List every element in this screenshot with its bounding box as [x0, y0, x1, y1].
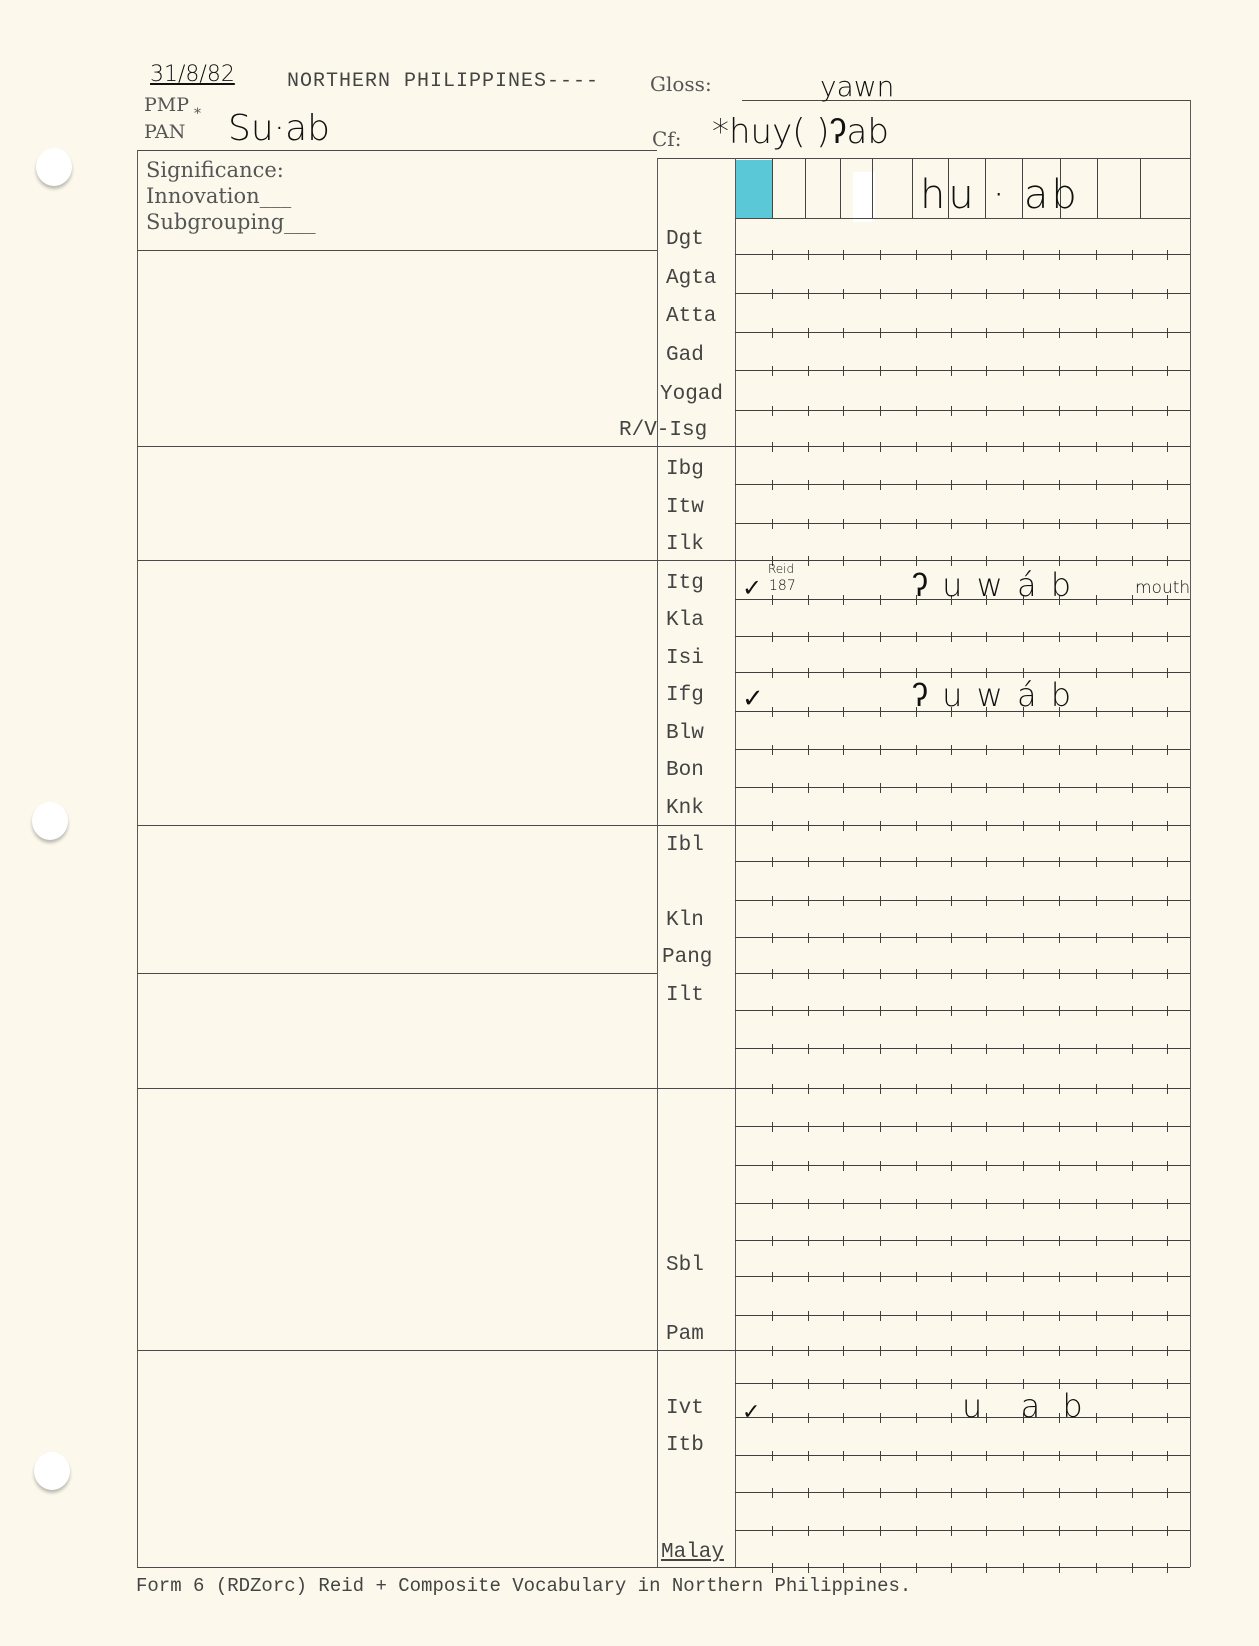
- itg-source-bottom: 187: [769, 578, 796, 594]
- ruled-line: [735, 1126, 1190, 1127]
- ruled-tick: [1023, 783, 1024, 793]
- ruled-tick: [1167, 1161, 1168, 1171]
- ruled-tick: [1059, 1006, 1060, 1016]
- ruled-tick: [1132, 556, 1133, 566]
- ruled-tick: [916, 969, 917, 979]
- ruled-tick: [772, 406, 773, 416]
- ruled-line: [735, 446, 1190, 447]
- ruled-tick: [951, 1122, 952, 1132]
- ruled-tick: [772, 1563, 773, 1573]
- ruled-tick: [843, 1199, 844, 1209]
- lang-column-left: [657, 158, 658, 1567]
- ruled-tick: [772, 1236, 773, 1246]
- ruled-line: [735, 370, 1190, 371]
- ruled-tick: [1059, 1084, 1060, 1094]
- ruled-tick: [916, 896, 917, 906]
- ruled-line: [735, 825, 1190, 826]
- section-divider: [137, 1350, 735, 1351]
- ruled-tick: [1132, 783, 1133, 793]
- ruled-tick: [951, 969, 952, 979]
- ruled-tick: [951, 896, 952, 906]
- ruled-tick: [1132, 1122, 1133, 1132]
- ruled-tick: [1167, 1488, 1168, 1498]
- ruled-tick: [772, 1488, 773, 1498]
- ruled-tick: [1096, 480, 1097, 490]
- ruled-tick: [808, 1563, 809, 1573]
- ruled-tick: [1023, 969, 1024, 979]
- ruled-tick: [1059, 1161, 1060, 1171]
- lang-ilt: Ilt: [666, 984, 704, 1007]
- ruled-tick: [843, 1379, 844, 1389]
- lang-ibl: Ibl: [666, 834, 704, 857]
- ruled-tick: [772, 1044, 773, 1054]
- lang-kln: Kln: [666, 909, 704, 932]
- ruled-tick: [843, 969, 844, 979]
- lang-ilk: Ilk: [666, 533, 704, 556]
- ruled-tick: [986, 783, 987, 793]
- ruled-line: [735, 749, 1190, 750]
- ruled-line: [735, 1567, 1190, 1568]
- gloss-value[interactable]: yawn: [820, 70, 894, 103]
- frame-left: [137, 150, 138, 1567]
- lang-yogad: Yogad: [660, 383, 723, 406]
- ruled-tick: [986, 289, 987, 299]
- ruled-tick: [1059, 480, 1060, 490]
- ruled-tick: [1167, 707, 1168, 717]
- ruled-tick: [916, 1526, 917, 1536]
- ruled-tick: [1023, 328, 1024, 338]
- ruled-tick: [1096, 556, 1097, 566]
- ruled-tick: [1059, 1272, 1060, 1282]
- ruled-tick: [986, 442, 987, 452]
- ruled-tick: [808, 1044, 809, 1054]
- ruled-tick: [986, 1346, 987, 1356]
- ruled-tick: [916, 1084, 917, 1094]
- ruled-tick: [1132, 933, 1133, 943]
- ruled-tick: [1132, 595, 1133, 605]
- ruled-tick: [1167, 1199, 1168, 1209]
- ruled-tick: [916, 519, 917, 529]
- ruled-tick: [1059, 896, 1060, 906]
- ruled-tick: [880, 1526, 881, 1536]
- lang-isi: Isi: [666, 647, 704, 670]
- ruled-tick: [1023, 896, 1024, 906]
- ruled-tick: [1096, 745, 1097, 755]
- ruled-tick: [772, 1311, 773, 1321]
- ruled-tick: [951, 632, 952, 642]
- lang-knk: Knk: [666, 797, 704, 820]
- ruled-tick: [1096, 1044, 1097, 1054]
- star-marker: *: [194, 106, 201, 122]
- ruled-tick: [1023, 1084, 1024, 1094]
- ruled-line: [735, 484, 1190, 485]
- ruled-tick: [843, 821, 844, 831]
- ruled-line: [735, 1315, 1190, 1316]
- ruled-tick: [880, 1199, 881, 1209]
- ruled-line: [735, 1383, 1190, 1384]
- ruled-tick: [808, 289, 809, 299]
- ruled-tick: [880, 250, 881, 260]
- ruled-tick: [772, 595, 773, 605]
- ruled-tick: [951, 1413, 952, 1423]
- ruled-tick: [808, 745, 809, 755]
- ruled-tick: [843, 556, 844, 566]
- ruled-tick: [880, 745, 881, 755]
- ruled-tick: [880, 1044, 881, 1054]
- binder-hole-bottom: [34, 1452, 70, 1490]
- ruled-tick: [772, 1526, 773, 1536]
- ruled-line: [735, 1088, 1190, 1089]
- ivt-check-icon: ✓: [742, 1400, 760, 1425]
- ruled-tick: [951, 250, 952, 260]
- ruled-tick: [1132, 250, 1133, 260]
- ruled-tick: [1096, 1526, 1097, 1536]
- ruled-tick: [843, 1084, 844, 1094]
- ifg-entry[interactable]: ʔ u w á b: [912, 676, 1073, 714]
- ruled-tick: [1059, 366, 1060, 376]
- ruled-tick: [772, 745, 773, 755]
- ruled-line: [735, 293, 1190, 294]
- ruled-tick: [916, 1451, 917, 1461]
- ruled-tick: [1132, 406, 1133, 416]
- ruled-tick: [772, 519, 773, 529]
- ruled-tick: [1096, 366, 1097, 376]
- ruled-tick: [1167, 745, 1168, 755]
- ruled-tick: [843, 595, 844, 605]
- ruled-tick: [880, 442, 881, 452]
- significance-title: Significance:: [146, 158, 284, 182]
- ruled-tick: [880, 857, 881, 867]
- ruled-tick: [1096, 1084, 1097, 1094]
- itg-source-top: Reid: [768, 562, 794, 576]
- ruled-tick: [808, 366, 809, 376]
- ruled-tick: [1096, 250, 1097, 260]
- ruled-tick: [880, 556, 881, 566]
- ruled-tick: [1132, 519, 1133, 529]
- ruled-tick: [1059, 783, 1060, 793]
- ruled-tick: [1096, 406, 1097, 416]
- ruled-tick: [1167, 442, 1168, 452]
- ruled-tick: [808, 1526, 809, 1536]
- ruled-tick: [1096, 1488, 1097, 1498]
- ruled-tick: [916, 1199, 917, 1209]
- proto-form[interactable]: Su·ab: [228, 108, 330, 149]
- ruled-tick: [1132, 1413, 1133, 1423]
- ruled-tick: [808, 442, 809, 452]
- ruled-tick: [880, 1346, 881, 1356]
- ruled-tick: [986, 857, 987, 867]
- ruled-tick: [880, 1272, 881, 1282]
- ruled-tick: [1023, 1526, 1024, 1536]
- ruled-tick: [1132, 289, 1133, 299]
- ruled-tick: [843, 933, 844, 943]
- ruled-tick: [772, 289, 773, 299]
- ruled-tick: [1096, 1451, 1097, 1461]
- ruled-tick: [772, 1379, 773, 1389]
- ruled-tick: [1059, 933, 1060, 943]
- lang-atta: Atta: [666, 305, 716, 328]
- ruled-tick: [772, 783, 773, 793]
- ruled-tick: [951, 1006, 952, 1016]
- ruled-tick: [1167, 668, 1168, 678]
- ruled-tick: [1167, 969, 1168, 979]
- ruled-tick: [808, 707, 809, 717]
- ruled-tick: [1096, 1161, 1097, 1171]
- ruled-tick: [951, 1346, 952, 1356]
- ruled-tick: [1096, 1199, 1097, 1209]
- ruled-tick: [808, 783, 809, 793]
- ruled-tick: [843, 1044, 844, 1054]
- ruled-tick: [1059, 821, 1060, 831]
- ruled-tick: [1023, 1006, 1024, 1016]
- ruled-tick: [880, 1084, 881, 1094]
- ruled-tick: [1096, 1122, 1097, 1132]
- ruled-tick: [772, 668, 773, 678]
- ruled-tick: [1059, 745, 1060, 755]
- ruled-tick: [951, 745, 952, 755]
- subgrouping-field[interactable]: Subgrouping___: [146, 210, 316, 234]
- ruled-tick: [880, 366, 881, 376]
- ruled-tick: [1132, 1199, 1133, 1209]
- ruled-tick: [916, 442, 917, 452]
- ruled-tick: [808, 1413, 809, 1423]
- ruled-tick: [843, 857, 844, 867]
- ruled-tick: [1132, 1526, 1133, 1536]
- ruled-tick: [916, 1379, 917, 1389]
- ruled-tick: [1167, 289, 1168, 299]
- ruled-tick: [772, 1084, 773, 1094]
- ruled-line: [735, 560, 1190, 561]
- ruled-tick: [1023, 857, 1024, 867]
- ruled-tick: [1023, 519, 1024, 529]
- itg-entry[interactable]: ʔ u w á b: [912, 566, 1073, 604]
- ruled-tick: [916, 250, 917, 260]
- ruled-tick: [808, 250, 809, 260]
- ruled-tick: [808, 1311, 809, 1321]
- section-divider: [137, 446, 735, 447]
- ruled-tick: [1096, 1346, 1097, 1356]
- ruled-tick: [1096, 442, 1097, 452]
- ruled-tick: [880, 1413, 881, 1423]
- ruled-tick: [843, 1161, 844, 1171]
- ruled-tick: [1059, 556, 1060, 566]
- ruled-tick: [880, 821, 881, 831]
- ruled-tick: [1096, 857, 1097, 867]
- section-divider: [137, 560, 735, 561]
- ruled-tick: [808, 1084, 809, 1094]
- ruled-tick: [1167, 1236, 1168, 1246]
- ruled-tick: [916, 406, 917, 416]
- ruled-tick: [808, 896, 809, 906]
- ruled-tick: [916, 1044, 917, 1054]
- cf-cell-divider: [805, 158, 806, 218]
- ruled-line: [735, 937, 1190, 938]
- date: 31/8/82: [150, 62, 235, 87]
- ruled-tick: [772, 933, 773, 943]
- ruled-tick: [1096, 668, 1097, 678]
- frame-right: [1190, 100, 1191, 1567]
- ruled-tick: [986, 821, 987, 831]
- ruled-tick: [1023, 1563, 1024, 1573]
- ruled-tick: [843, 1526, 844, 1536]
- ruled-tick: [916, 1563, 917, 1573]
- lang-malay: Malay: [661, 1541, 724, 1564]
- ruled-line: [735, 1010, 1190, 1011]
- itg-check-icon: ✓: [742, 574, 762, 602]
- ruled-tick: [1167, 1379, 1168, 1389]
- ruled-tick: [986, 933, 987, 943]
- ruled-tick: [986, 1044, 987, 1054]
- ruled-tick: [843, 783, 844, 793]
- ruled-tick: [843, 1236, 844, 1246]
- ruled-tick: [916, 556, 917, 566]
- cf-cell-entry[interactable]: hu · ab: [920, 172, 1080, 218]
- ruled-line: [735, 672, 1190, 673]
- cf-cell-divider: [840, 158, 841, 218]
- ruled-line: [735, 1276, 1190, 1277]
- ruled-line: [735, 523, 1190, 524]
- ruled-tick: [772, 328, 773, 338]
- highlight-cell: [736, 160, 772, 218]
- ruled-tick: [1132, 857, 1133, 867]
- ruled-tick: [1059, 1488, 1060, 1498]
- ruled-line: [735, 1530, 1190, 1531]
- ruled-tick: [1132, 1006, 1133, 1016]
- lang-isg: R/V-Isg: [619, 419, 707, 442]
- ruled-tick: [843, 480, 844, 490]
- ruled-tick: [880, 933, 881, 943]
- lang-ifg: Ifg: [666, 684, 704, 707]
- lang-sbl: Sbl: [666, 1254, 704, 1277]
- ruled-tick: [1059, 406, 1060, 416]
- ruled-tick: [880, 1236, 881, 1246]
- ruled-tick: [1096, 821, 1097, 831]
- ruled-tick: [843, 745, 844, 755]
- ruled-tick: [1023, 406, 1024, 416]
- ruled-tick: [916, 328, 917, 338]
- ruled-tick: [986, 519, 987, 529]
- ruled-tick: [1132, 1563, 1133, 1573]
- ruled-tick: [880, 328, 881, 338]
- lang-pang: Pang: [662, 946, 712, 969]
- ruled-tick: [916, 1236, 917, 1246]
- ruled-tick: [1132, 442, 1133, 452]
- ruled-tick: [951, 556, 952, 566]
- ruled-tick: [880, 632, 881, 642]
- ruled-tick: [772, 480, 773, 490]
- ruled-tick: [843, 328, 844, 338]
- cf-cell-divider: [1097, 158, 1098, 218]
- ruled-tick: [1096, 1236, 1097, 1246]
- ruled-tick: [1096, 707, 1097, 717]
- ruled-tick: [843, 519, 844, 529]
- ruled-line: [735, 861, 1190, 862]
- cf-value[interactable]: *huy( )ʔab: [712, 112, 889, 152]
- ruled-tick: [951, 1563, 952, 1573]
- ruled-tick: [772, 1272, 773, 1282]
- ruled-tick: [951, 480, 952, 490]
- ruled-tick: [843, 1563, 844, 1573]
- ruled-tick: [1096, 1272, 1097, 1282]
- ruled-tick: [772, 1199, 773, 1209]
- ruled-tick: [1132, 1488, 1133, 1498]
- ruled-tick: [843, 366, 844, 376]
- ruled-tick: [1132, 1451, 1133, 1461]
- ruled-tick: [1059, 1526, 1060, 1536]
- ruled-tick: [772, 821, 773, 831]
- ruled-tick: [1059, 519, 1060, 529]
- ruled-tick: [1167, 1346, 1168, 1356]
- frame-top-right: [657, 158, 1190, 159]
- ruled-tick: [772, 250, 773, 260]
- ruled-tick: [1096, 1563, 1097, 1573]
- ruled-tick: [808, 1199, 809, 1209]
- ruled-tick: [951, 289, 952, 299]
- innovation-field[interactable]: Innovation___: [146, 184, 291, 208]
- ruled-tick: [843, 1413, 844, 1423]
- ruled-tick: [1023, 821, 1024, 831]
- ruled-tick: [1096, 1311, 1097, 1321]
- lang-kla: Kla: [666, 609, 704, 632]
- ruled-tick: [951, 1272, 952, 1282]
- ruled-tick: [951, 1526, 952, 1536]
- ruled-tick: [880, 1563, 881, 1573]
- ruled-tick: [986, 1122, 987, 1132]
- lang-dgt: Dgt: [666, 228, 704, 251]
- ruled-tick: [772, 1413, 773, 1423]
- ruled-tick: [843, 1311, 844, 1321]
- ruled-tick: [1059, 328, 1060, 338]
- ruled-tick: [1167, 556, 1168, 566]
- ruled-tick: [986, 745, 987, 755]
- ruled-tick: [772, 632, 773, 642]
- ruled-tick: [1167, 250, 1168, 260]
- ruled-tick: [1023, 1199, 1024, 1209]
- ruled-tick: [880, 783, 881, 793]
- ruled-tick: [880, 707, 881, 717]
- ruled-tick: [772, 366, 773, 376]
- ruled-tick: [843, 289, 844, 299]
- gloss-underline: [742, 100, 1190, 101]
- ruled-tick: [1167, 519, 1168, 529]
- ruled-tick: [808, 1488, 809, 1498]
- ruled-tick: [1059, 1311, 1060, 1321]
- ruled-tick: [1132, 1161, 1133, 1171]
- ruled-tick: [880, 289, 881, 299]
- ruled-tick: [808, 1379, 809, 1389]
- ruled-tick: [1096, 1006, 1097, 1016]
- cf-cell-divider: [772, 158, 773, 218]
- ruled-tick: [1132, 821, 1133, 831]
- ruled-tick: [1132, 1346, 1133, 1356]
- itg-note[interactable]: mouth: [1135, 578, 1190, 598]
- ruled-line: [735, 1165, 1190, 1166]
- section-divider: [137, 825, 735, 826]
- ruled-tick: [1096, 783, 1097, 793]
- ruled-tick: [951, 821, 952, 831]
- ivt-entry[interactable]: u a b: [962, 1387, 1089, 1425]
- ruled-tick: [951, 857, 952, 867]
- ruled-tick: [1023, 1346, 1024, 1356]
- ruled-tick: [843, 1122, 844, 1132]
- ruled-tick: [916, 632, 917, 642]
- ruled-tick: [951, 519, 952, 529]
- ruled-tick: [808, 1006, 809, 1016]
- ruled-tick: [1132, 1044, 1133, 1054]
- cf-cell-divider: [1140, 158, 1141, 218]
- ruled-tick: [1023, 289, 1024, 299]
- ruled-tick: [1167, 1451, 1168, 1461]
